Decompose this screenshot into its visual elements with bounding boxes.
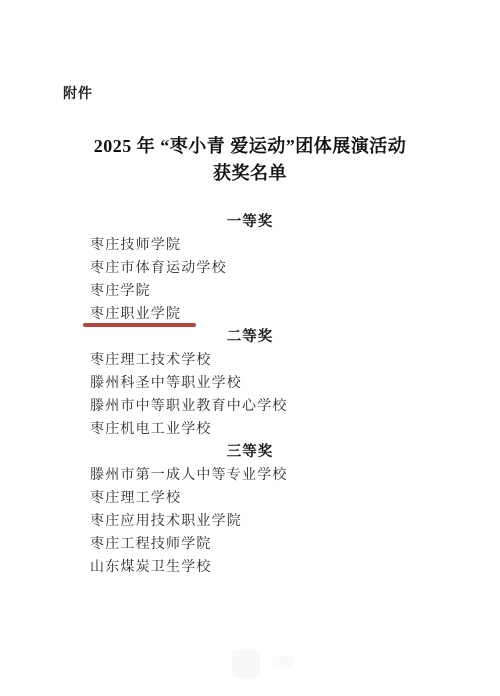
list-item: 滕州科圣中等职业学校: [90, 372, 500, 395]
list-item: 枣庄市体育运动学校: [90, 257, 500, 280]
list-item: 枣庄理工技术学校: [90, 349, 500, 372]
prize-heading-second: 二等奖: [0, 326, 500, 349]
watermark-ghost: [230, 648, 340, 690]
red-underline-annotation: [83, 323, 196, 327]
award-list-third-prize: 滕州市第一成人中等专业学校 枣庄理工学校 枣庄应用技术职业学院 枣庄工程技师学院…: [0, 464, 500, 579]
document-title: 2025 年 “枣小青 爱运动”团体展演活动 获奖名单: [0, 133, 500, 187]
award-list-first-prize: 枣庄技师学院 枣庄市体育运动学校 枣庄学院 枣庄职业学院: [0, 234, 500, 326]
document-title-line2: 获奖名单: [0, 160, 500, 187]
list-item: 枣庄学院: [90, 280, 500, 303]
list-item-highlighted: 枣庄职业学院: [90, 303, 500, 326]
list-item: 枣庄机电工业学校: [90, 418, 500, 441]
watermark-blob-icon: [272, 656, 294, 668]
watermark-blob-icon: [232, 650, 260, 678]
list-item: 山东煤炭卫生学校: [90, 556, 500, 579]
list-item: 枣庄工程技师学院: [90, 533, 500, 556]
document-page: 附件 2025 年 “枣小青 爱运动”团体展演活动 获奖名单 一等奖 枣庄技师学…: [0, 0, 500, 696]
list-item-text: 枣庄职业学院: [90, 307, 181, 322]
award-list-second-prize: 枣庄理工技术学校 滕州科圣中等职业学校 滕州市中等职业教育中心学校 枣庄机电工业…: [0, 349, 500, 441]
prize-heading-first: 一等奖: [0, 211, 500, 234]
list-item: 滕州市中等职业教育中心学校: [90, 395, 500, 418]
list-item: 滕州市第一成人中等专业学校: [90, 464, 500, 487]
prize-heading-third: 三等奖: [0, 441, 500, 464]
document-title-line1: 2025 年 “枣小青 爱运动”团体展演活动: [0, 133, 500, 160]
list-item: 枣庄理工学校: [90, 487, 500, 510]
list-item: 枣庄技师学院: [90, 234, 500, 257]
attachment-label: 附件: [63, 83, 93, 103]
list-item: 枣庄应用技术职业学院: [90, 510, 500, 533]
